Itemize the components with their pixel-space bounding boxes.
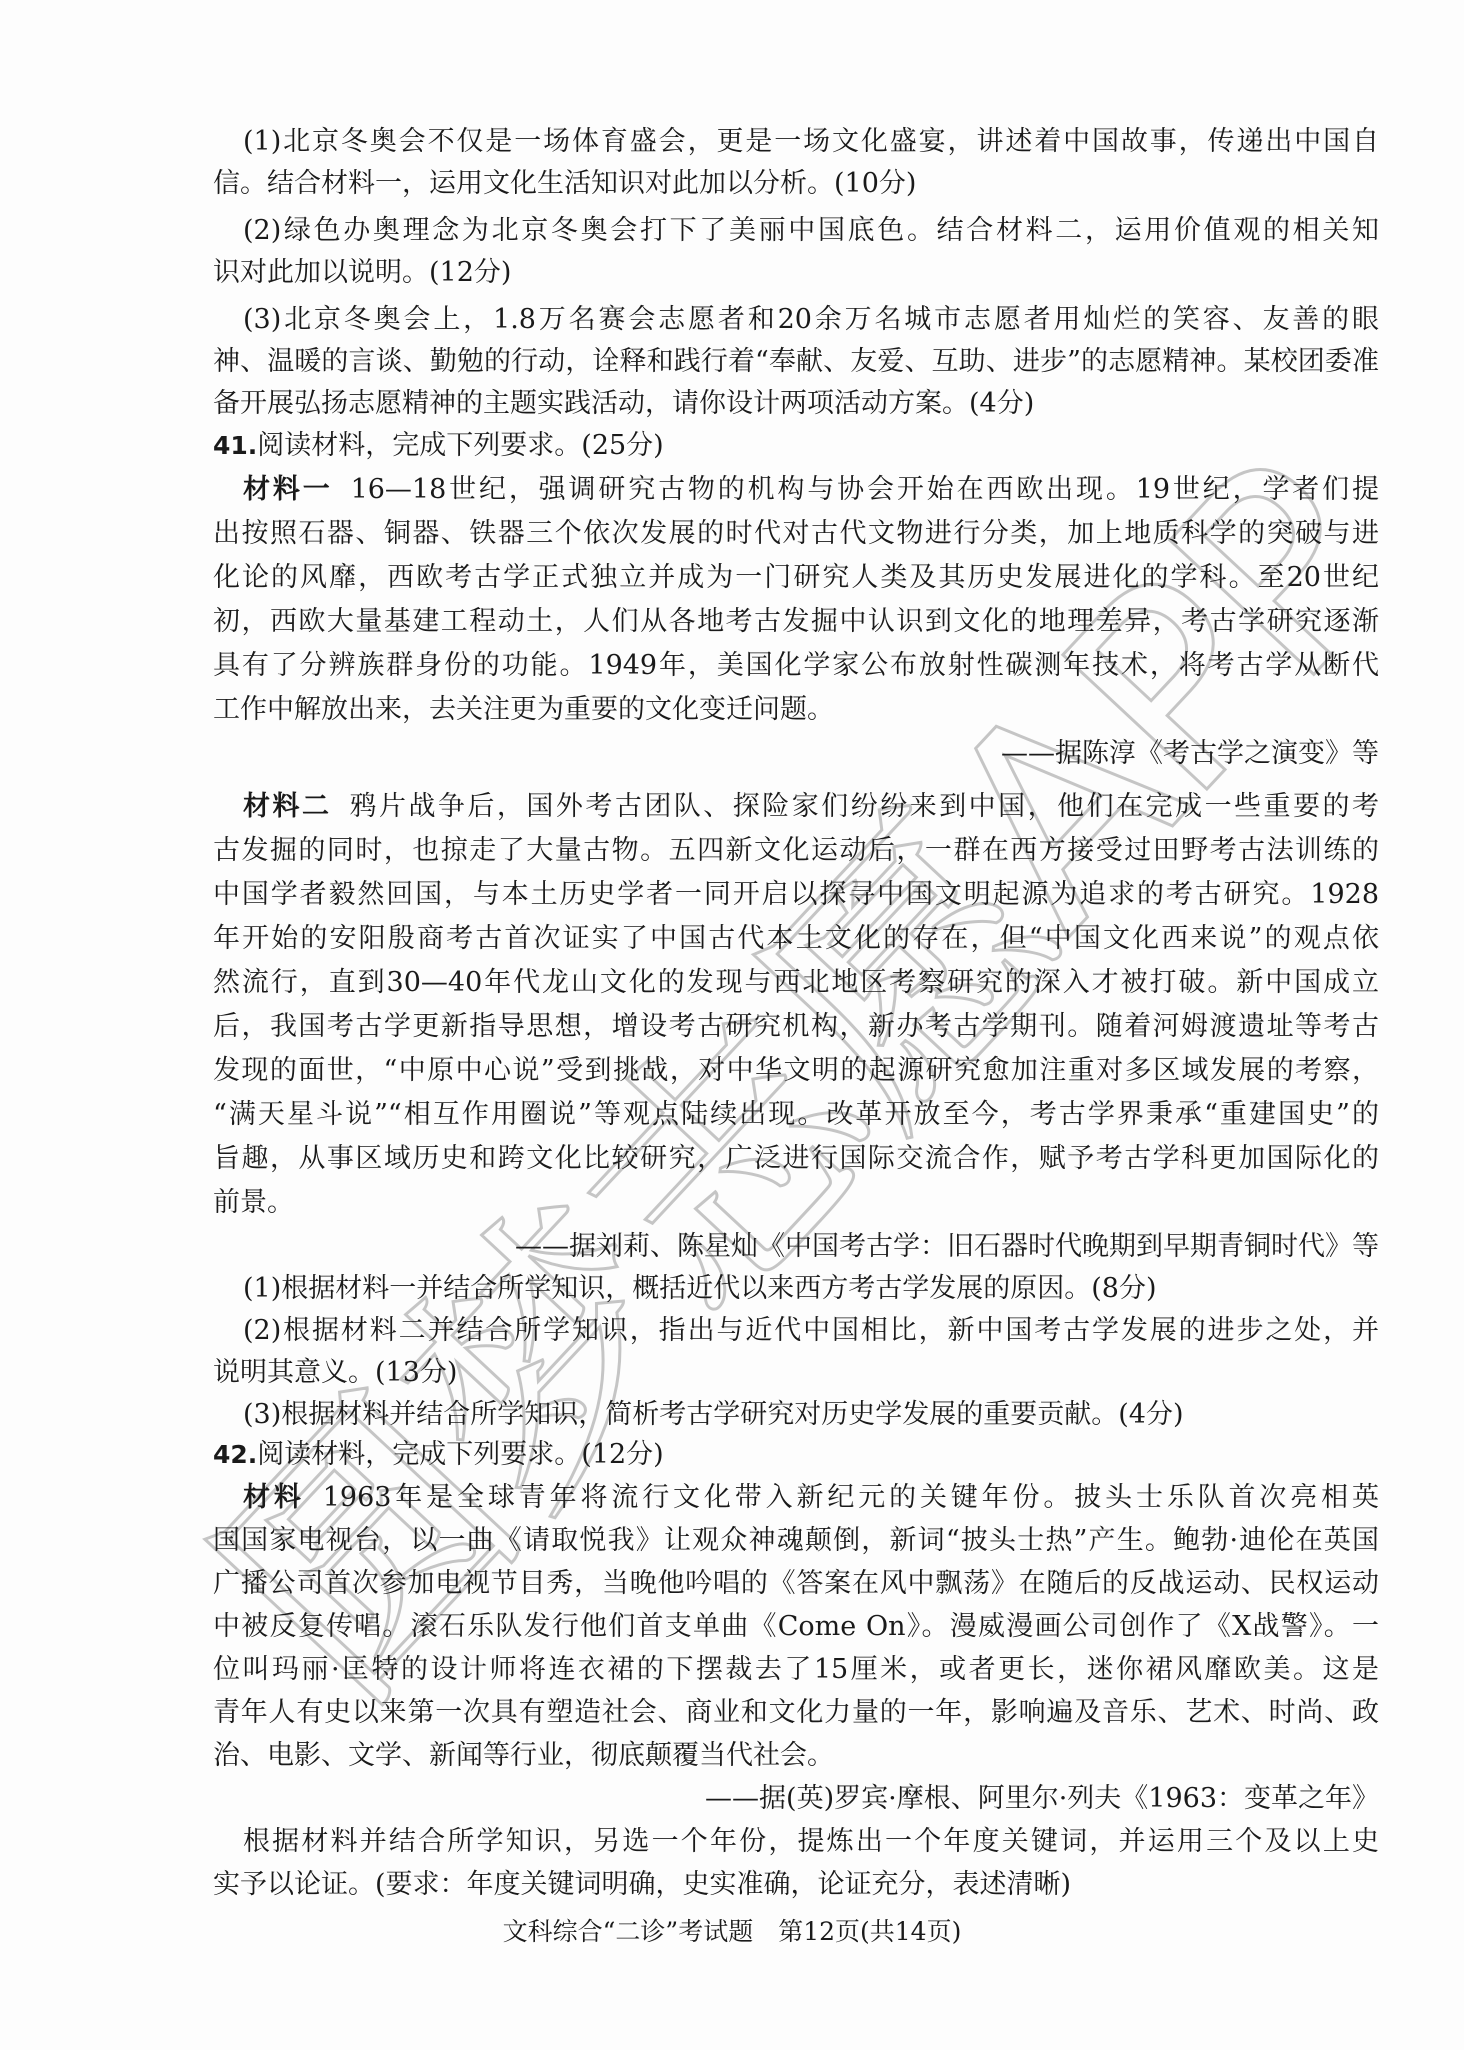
text-line: (2)绿色办奥理念为北京冬奥会打下了美丽中国底色。结合材料二，运用价值观的相关知 (243, 210, 1379, 252)
text-line: 然流行，直到30—40年代龙山文化的发现与西北地区考察研究的深入才被打破。新中国… (213, 962, 1379, 1004)
text-line: 材料一16—18世纪，强调研究古物的机构与协会开始在西欧出现。19世纪，学者们提 (243, 469, 1379, 511)
text-line: 年开始的安阳殷商考古首次证实了中国古代本土文化的存在，但“中国文化西来说”的观点… (213, 918, 1379, 960)
text-line: 广播公司首次参加电视节目秀，当晚他吟唱的《答案在风中飘荡》在随后的反战运动、民权… (213, 1563, 1379, 1605)
text-line: 位叫玛丽·匡特的设计师将连衣裙的下摆裁去了15厘米，或者更长，迷你裙风靡欧美。这… (213, 1649, 1379, 1691)
question-heading-text: 阅读材料，完成下列要求。(25分) (257, 430, 663, 461)
material-text: 1963年是全球青年将流行文化带入新纪元的关键年份。披头士乐队首次亮相英 (323, 1482, 1379, 1513)
question-number: 41. (213, 431, 257, 460)
text-line: (3)北京冬奥会上，1.8万名赛会志愿者和20余万名城市志愿者用灿烂的笑容、友善… (243, 299, 1379, 341)
text-line: 国国家电视台，以一曲《请取悦我》让观众神魂颠倒，新词“披头士热”产生。鲍勃·迪伦… (213, 1520, 1379, 1562)
question-heading: 42.阅读材料，完成下列要求。(12分) (213, 1434, 1379, 1476)
text-line: 信。结合材料一，运用文化生活知识对此加以分析。(10分) (213, 163, 1379, 205)
material-text: 16—18世纪，强调研究古物的机构与协会开始在西欧出现。19世纪，学者们提 (351, 474, 1379, 505)
text-line: (2)根据材料二并结合所学知识，指出与近代中国相比，新中国考古学发展的进步之处，… (243, 1310, 1379, 1352)
text-line: 治、电影、文学、新闻等行业，彻底颠覆当代社会。 (213, 1735, 1379, 1777)
text-line: 实予以论证。(要求：年度关键词明确，史实准确，论证充分，表述清晰) (213, 1864, 1379, 1906)
text-line: 发现的面世，“中原中心说”受到挑战，对中华文明的起源研究愈加注重对多区域发展的考… (213, 1050, 1379, 1092)
question-number: 42. (213, 1440, 257, 1469)
material-text: 鸦片战争后，国外考古团队、探险家们纷纷来到中国，他们在完成一些重要的考 (349, 791, 1379, 822)
text-line: 材料1963年是全球青年将流行文化带入新纪元的关键年份。披头士乐队首次亮相英 (243, 1477, 1379, 1519)
text-line: 中被反复传唱。滚石乐队发行他们首支单曲《Come On》。漫威漫画公司创作了《X… (213, 1606, 1379, 1648)
text-line: 出按照石器、铜器、铁器三个依次发展的时代对古代文物进行分类，加上地质科学的突破与… (213, 513, 1379, 555)
text-line: 化论的风靡，西欧考古学正式独立并成为一门研究人类及其历史发展进化的学科。至20世… (213, 557, 1379, 599)
material-label: 材料二 (243, 791, 331, 822)
exam-page: 圆梦志愿APP (1)北京冬奥会不仅是一场体育盛会，更是一场文化盛宴，讲述着中国… (0, 0, 1464, 2050)
material-source: ——据刘莉、陈星灿《中国考古学：旧石器时代晚期到早期青铜时代》等 (213, 1226, 1379, 1268)
text-line: 中国学者毅然回国，与本土历史学者一同开启以探寻中国文明起源为追求的考古研究。19… (213, 874, 1379, 916)
material-source: ——据陈淳《考古学之演变》等 (213, 733, 1379, 775)
text-line: (1)根据材料一并结合所学知识，概括近代以来西方考古学发展的原因。(8分) (243, 1268, 1379, 1310)
text-line: 识对此加以说明。(12分) (213, 252, 1379, 294)
text-line: 工作中解放出来，去关注更为重要的文化变迁问题。 (213, 689, 1379, 731)
page-footer: 文科综合“二诊”考试题 第12页(共14页) (0, 1912, 1464, 1952)
text-line: 备开展弘扬志愿精神的主题实践活动，请你设计两项活动方案。(4分) (213, 383, 1379, 425)
text-line: 旨趣，从事区域历史和跨文化比较研究，广泛进行国际交流合作，赋予考古学科更加国际化… (213, 1138, 1379, 1180)
text-line: 前景。 (213, 1182, 1379, 1224)
text-line: 根据材料并结合所学知识，另选一个年份，提炼出一个年度关键词，并运用三个及以上史 (243, 1821, 1379, 1863)
text-line: 材料二鸦片战争后，国外考古团队、探险家们纷纷来到中国，他们在完成一些重要的考 (243, 786, 1379, 828)
material-label: 材料 (243, 1482, 305, 1513)
text-line: 具有了分辨族群身份的功能。1949年，美国化学家公布放射性碳测年技术，将考古学从… (213, 645, 1379, 687)
text-line: 后，我国考古学更新指导思想，增设考古研究机构，新办考古学期刊。随着河姆渡遗址等考… (213, 1006, 1379, 1048)
text-line: (1)北京冬奥会不仅是一场体育盛会，更是一场文化盛宴，讲述着中国故事，传递出中国… (243, 121, 1379, 163)
text-line: “满天星斗说”“相互作用圈说”等观点陆续出现。改革开放至今，考古学界秉承“重建国… (213, 1094, 1379, 1136)
text-line: 青年人有史以来第一次具有塑造社会、商业和文化力量的一年，影响遍及音乐、艺术、时尚… (213, 1692, 1379, 1734)
material-label: 材料一 (243, 474, 333, 505)
text-line: (3)根据材料并结合所学知识，简析考古学研究对历史学发展的重要贡献。(4分) (243, 1394, 1379, 1436)
text-line: 神、温暖的言谈、勤勉的行动，诠释和践行着“奉献、友爱、互助、进步”的志愿精神。某… (213, 341, 1379, 383)
text-line: 初，西欧大量基建工程动土，人们从各地考古发掘中认识到文化的地理差异，考古学研究逐… (213, 601, 1379, 643)
material-source: ——据(英)罗宾·摩根、阿里尔·列夫《1963：变革之年》 (213, 1778, 1379, 1820)
text-line: 古发掘的同时，也掠走了大量古物。五四新文化运动后，一群在西方接受过田野考古法训练… (213, 830, 1379, 872)
text-line: 说明其意义。(13分) (213, 1352, 1379, 1394)
question-heading-text: 阅读材料，完成下列要求。(12分) (257, 1439, 663, 1470)
question-heading: 41.阅读材料，完成下列要求。(25分) (213, 425, 1379, 467)
